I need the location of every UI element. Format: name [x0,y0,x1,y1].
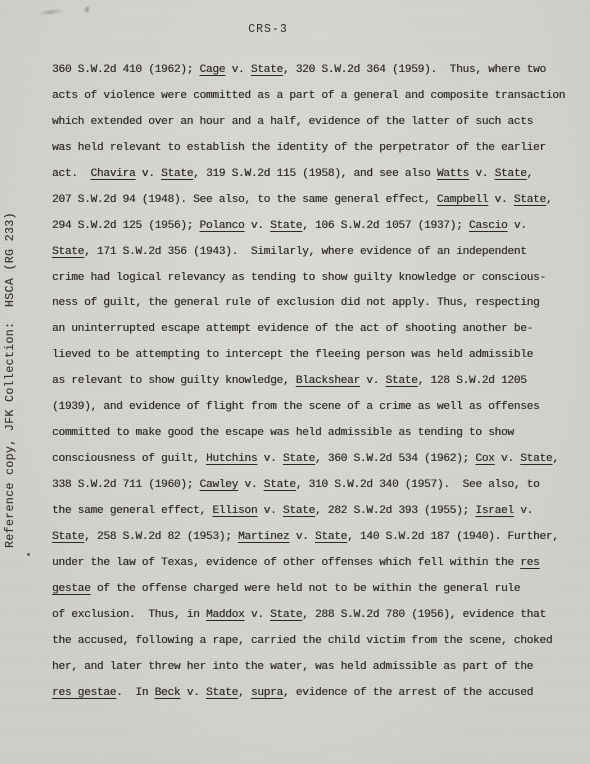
text-line: res gestae. In Beck v. State, supra, evi… [52,681,582,707]
text-line: acts of violence were committed as a par… [52,84,582,110]
document-body: 360 S.W.2d 410 (1962); Cage v. State, 32… [52,58,582,706]
scanned-page: CRS-3 Reference copy, JFK Collection: HS… [0,0,590,764]
text-line: was held relevant to establish the ident… [52,136,582,162]
text-line: crime had logical relevancy as tending t… [52,266,582,292]
text-line: consciousness of guilt, Hutchins v. Stat… [52,447,582,473]
ink-smudge-mark [38,7,65,17]
text-line: State, 258 S.W.2d 82 (1953); Martinez v.… [52,525,582,551]
text-line: under the law of Texas, evidence of othe… [52,551,582,577]
archive-reference-stamp: Reference copy, JFK Collection: HSCA (RG… [4,212,17,548]
text-line: which extended over an hour and a half, … [52,110,582,136]
text-line: the accused, following a rape, carried t… [52,629,582,655]
text-line: act. Chavira v. State, 319 S.W.2d 115 (1… [52,162,582,188]
text-line: the same general effect, Ellison v. Stat… [52,499,582,525]
text-line: ness of guilt, the general rule of exclu… [52,291,582,317]
text-line: (1939), and evidence of flight from the … [52,395,582,421]
text-line: 338 S.W.2d 711 (1960); Cawley v. State, … [52,473,582,499]
page-number-header: CRS-3 [238,23,298,36]
text-line: 360 S.W.2d 410 (1962); Cage v. State, 32… [52,58,582,84]
text-line: as relevant to show guilty knowledge, Bl… [52,369,582,395]
ink-smudge-mark [83,4,92,15]
text-line: State, 171 S.W.2d 356 (1943). Similarly,… [52,240,582,266]
text-line: her, and later threw her into the water,… [52,655,582,681]
text-line: gestae of the offense charged were held … [52,577,582,603]
stray-ink-dot [27,553,30,556]
text-line: 207 S.W.2d 94 (1948). See also, to the s… [52,188,582,214]
text-line: an uninterrupted escape attempt evidence… [52,317,582,343]
text-line: of exclusion. Thus, in Maddox v. State, … [52,603,582,629]
text-line: committed to make good the escape was he… [52,421,582,447]
text-line: lieved to be attempting to intercept the… [52,343,582,369]
text-line: 294 S.W.2d 125 (1956); Polanco v. State,… [52,214,582,240]
